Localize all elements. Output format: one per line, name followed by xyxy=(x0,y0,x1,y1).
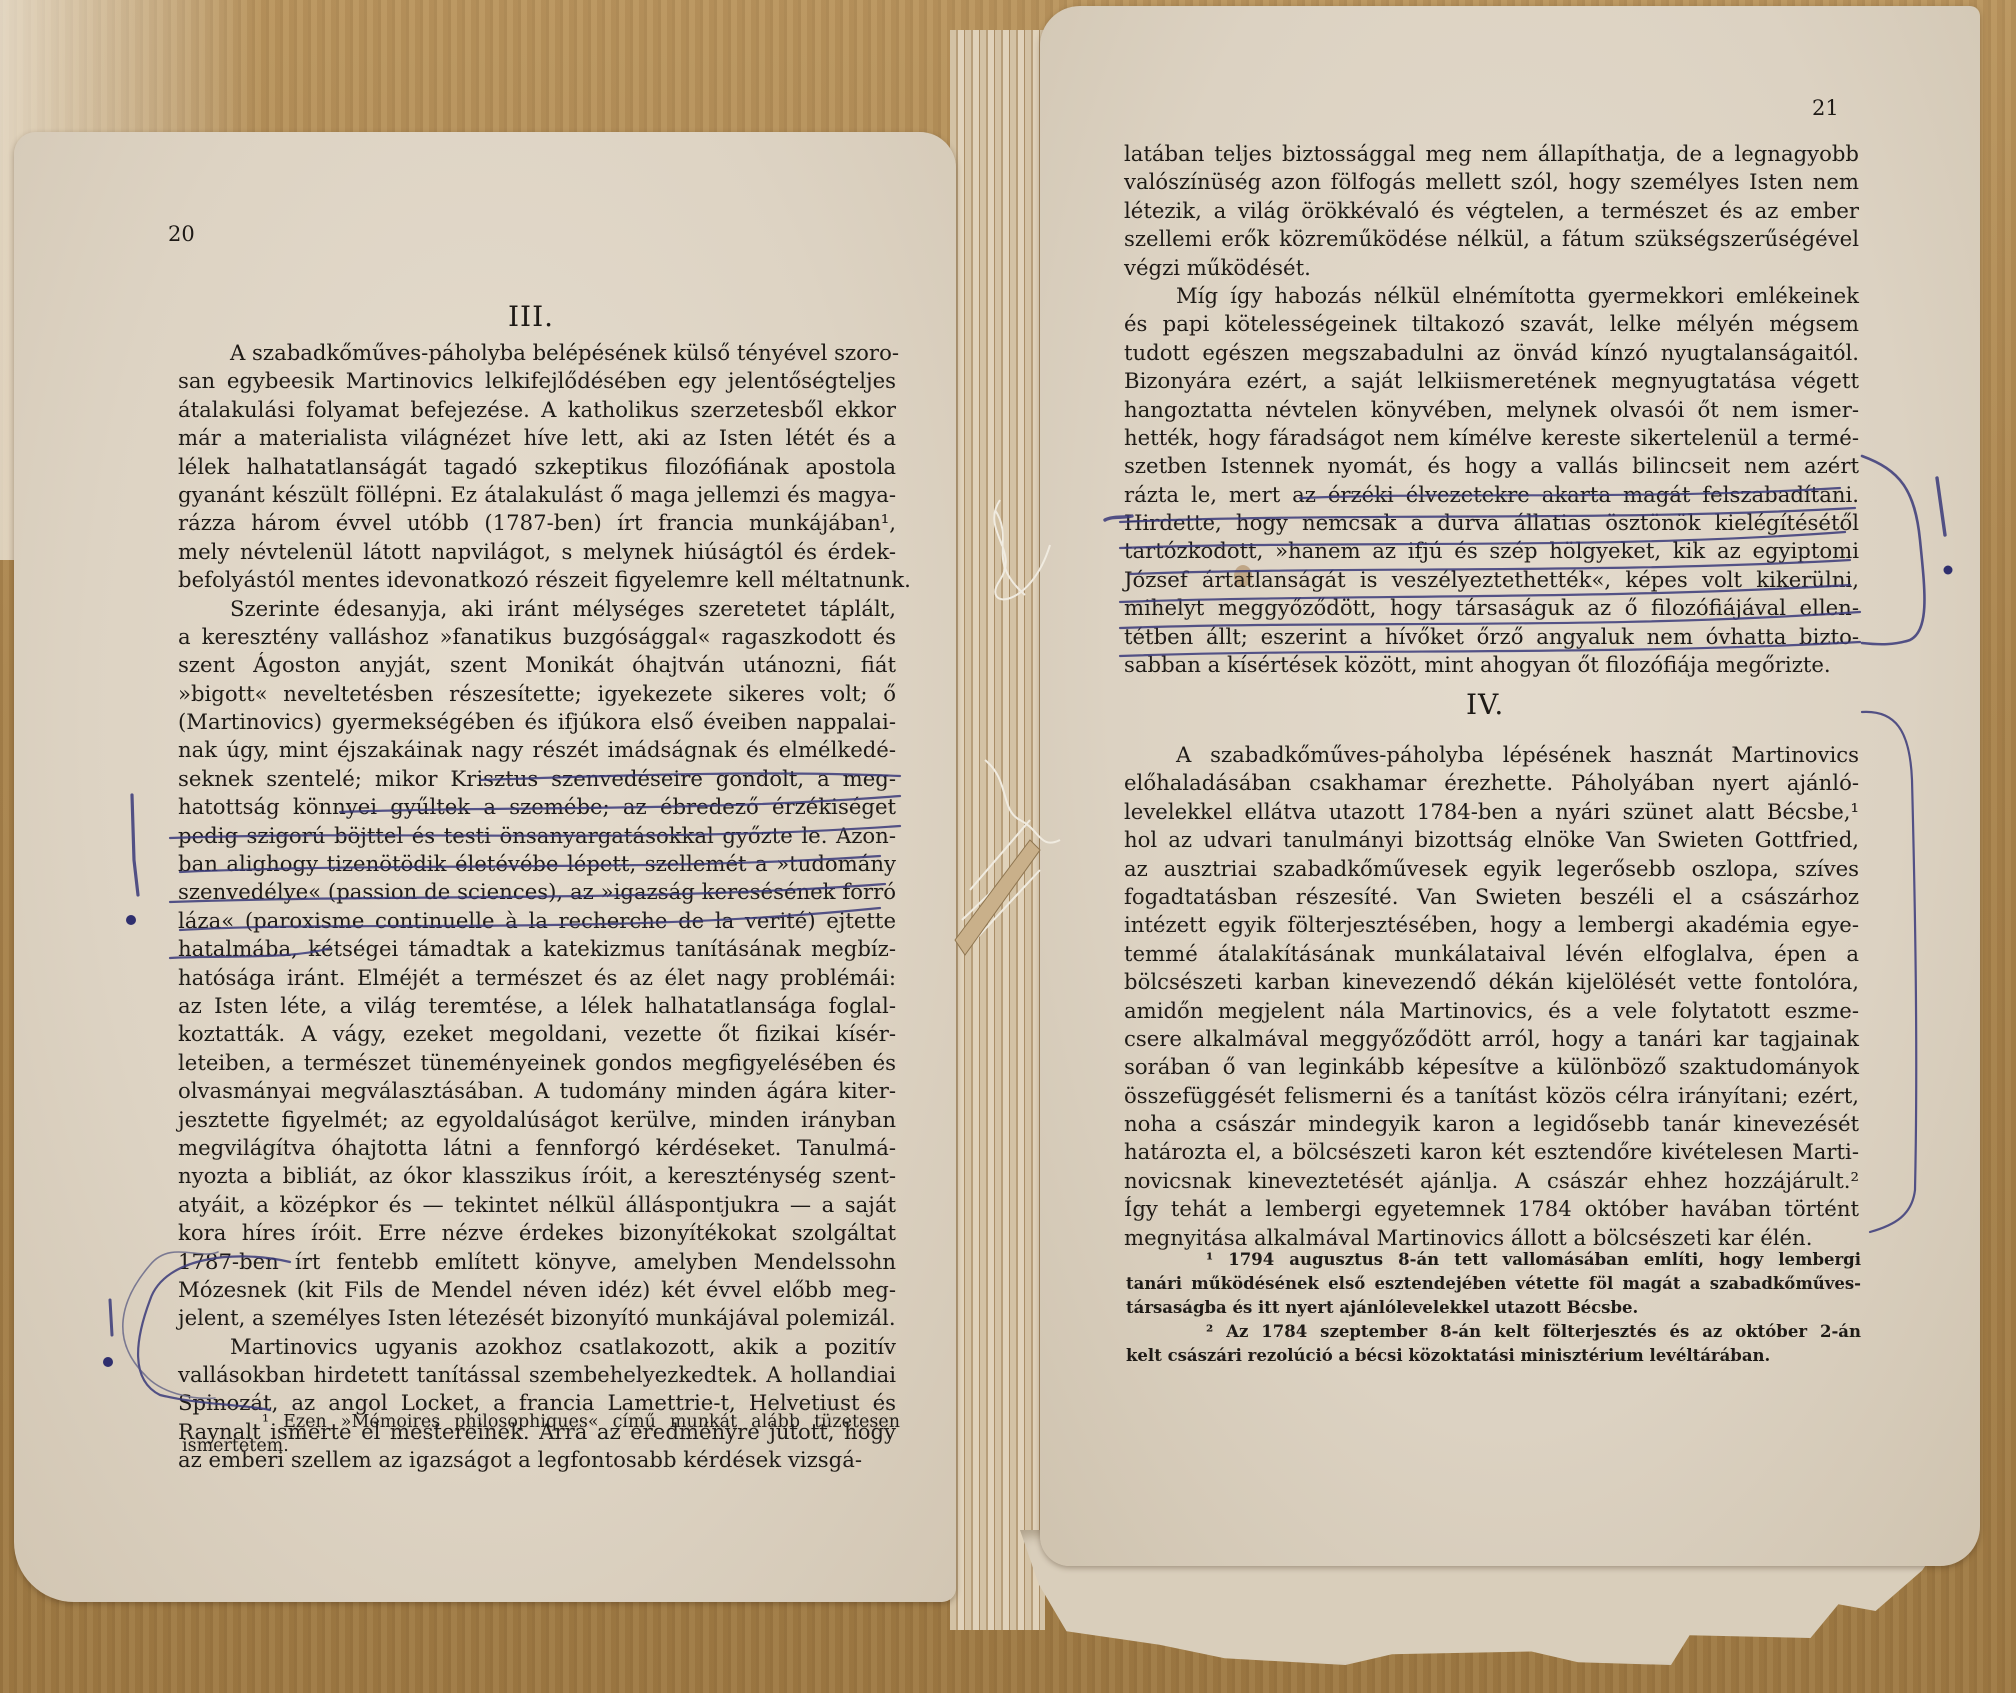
text-line: A szabadkőműves-páholyba belépésének kül… xyxy=(178,339,896,367)
text-line: hol az udvari tanulmányi bizottság elnök… xyxy=(1124,826,1859,854)
text-line: végzi működését. xyxy=(1124,254,1859,282)
text-line: Hirdette, hogy nemcsak a durva állatias … xyxy=(1124,509,1859,537)
text-line: láza« (paroxisme continuelle à la recher… xyxy=(178,907,896,935)
text-line: hangoztatta névtelen könyvében, melynek … xyxy=(1124,396,1859,424)
text-line: Míg így habozás nélkül elnémította gyerm… xyxy=(1124,282,1859,310)
text-line: József ártatlanságát is veszélyeztethett… xyxy=(1124,566,1859,594)
footnote-line: tanári működésének első esztendejében vé… xyxy=(1126,1272,1861,1296)
text-line: Mózesnek (kit Fils de Mendel néven idéz)… xyxy=(178,1276,896,1304)
text-line: Így tehát a lembergi egyetemnek 1784 okt… xyxy=(1124,1195,1859,1223)
text-line: az ausztriai szabadkőművesek egyik leger… xyxy=(1124,855,1859,883)
text-line: novicsnak kineveztetését ajánlja. A csás… xyxy=(1124,1167,1859,1195)
text-line: pedig szigorú böjttel és testi önsanyarg… xyxy=(178,822,896,850)
text-line: fogadtatásban részesíté. Van Swieten bes… xyxy=(1124,883,1859,911)
text-line: szetben Istennek nyomát, és hogy a vallá… xyxy=(1124,452,1859,480)
text-line: szenvedélye« (passion de sciences), az »… xyxy=(178,878,896,906)
text-line: amidőn megjelent nála Martinovics, és a … xyxy=(1124,997,1859,1025)
text-line: nyozta a bibliát, az ókor klasszikus író… xyxy=(178,1162,896,1190)
text-line: Martinovics ugyanis azokhoz csatlakozott… xyxy=(178,1333,896,1361)
text-line: sabban a kísértések között, mint ahogyan… xyxy=(1124,651,1859,679)
chapter-heading-iii: III. xyxy=(508,300,554,333)
text-line: noha a császár mindegyik karon a legidős… xyxy=(1124,1110,1859,1138)
text-line: összefüggését felismerni és a tanítást k… xyxy=(1124,1082,1859,1110)
binding-threads xyxy=(940,380,1070,1080)
text-line: tartózkodott, »hanem az ifjú és szép höl… xyxy=(1124,537,1859,565)
text-line: hatottság könnyei gyűltek a szemébe; az … xyxy=(178,793,896,821)
text-line: gyanánt készült föllépni. Ez átalakulást… xyxy=(178,481,896,509)
right-page-number: 21 xyxy=(1812,96,1839,120)
text-line: mely névtelenül látott napvilágot, s mel… xyxy=(178,538,896,566)
text-line: sorában ő van leginkább képesítve a külö… xyxy=(1124,1053,1859,1081)
footnote-line: ¹ Ezen »Mémoires philosophiques« című mu… xyxy=(182,1410,900,1434)
text-line: mihelyt meggyőződött, hogy társaságuk az… xyxy=(1124,594,1859,622)
text-line: vallásokban hirdetett tanítással szembeh… xyxy=(178,1361,896,1389)
text-line: átalakulási folyamat befejezése. A katho… xyxy=(178,396,896,424)
text-line: határozta el, a bölcsészeti karon két es… xyxy=(1124,1138,1859,1166)
text-line: hatalmába, kétségei támadtak a katekizmu… xyxy=(178,935,896,963)
footnote-line: ismertetem. xyxy=(182,1434,900,1458)
right-page-footnotes: ¹ 1794 augusztus 8-án tett vallomásában … xyxy=(1126,1248,1861,1368)
text-line: szent Ágoston anyját, szent Monikát óhaj… xyxy=(178,651,896,679)
text-line: 1787-ben írt fentebb említett könyve, am… xyxy=(178,1248,896,1276)
text-line: olvasmányai megválasztásában. A tudomány… xyxy=(178,1077,896,1105)
text-line: seknek szentelé; mikor Krisztus szenvedé… xyxy=(178,765,896,793)
text-line: előhaladásában csakhamar érezhette. Páho… xyxy=(1124,769,1859,797)
left-page-footnotes: ¹ Ezen »Mémoires philosophiques« című mu… xyxy=(182,1410,900,1458)
text-line: jelent, a személyes Isten létezését bizo… xyxy=(178,1304,896,1332)
left-page-body: A szabadkőműves-páholyba belépésének kül… xyxy=(178,339,896,1475)
text-line: már a materialista világnézet híve lett,… xyxy=(178,424,896,452)
footnote-line: társaságba és itt nyert ajánlólevelekkel… xyxy=(1126,1296,1861,1320)
text-line: san egybeesik Martinovics lelkifejlődésé… xyxy=(178,367,896,395)
text-line: szellemi erők közreműködése nélkül, a fá… xyxy=(1124,225,1859,253)
right-page-body-bottom: A szabadkőműves-páholyba lépésének haszn… xyxy=(1124,741,1859,1252)
footnote-line: ² Az 1784 szeptember 8-án kelt fölterjes… xyxy=(1126,1320,1861,1344)
text-line: csere alkalmával meggyőződött arról, hog… xyxy=(1124,1025,1859,1053)
right-page-body-top: latában teljes biztossággal meg nem álla… xyxy=(1124,140,1859,679)
text-line: kora híres íróit. Erre nézve érdekes biz… xyxy=(178,1219,896,1247)
text-line: tudott egészen megszabadulni az önvád kí… xyxy=(1124,339,1859,367)
chapter-heading-iv: IV. xyxy=(1466,688,1504,721)
text-line: az Isten léte, a világ teremtése, a léle… xyxy=(178,992,896,1020)
text-line: atyáit, a középkor és — tekintet nélkül … xyxy=(178,1191,896,1219)
text-line: leteiben, a természet tüneményeinek gond… xyxy=(178,1049,896,1077)
footnote-line: ¹ 1794 augusztus 8-án tett vallomásában … xyxy=(1126,1248,1861,1272)
text-line: »bigott« neveltetésben részesítette; igy… xyxy=(178,680,896,708)
text-line: ban alighogy tizenötödik életévébe lépet… xyxy=(178,850,896,878)
text-line: a keresztény valláshoz »fanatikus buzgós… xyxy=(178,623,896,651)
text-line: tétben állt; eszerint a hívőket őrző ang… xyxy=(1124,623,1859,651)
text-line: bölcsészeti karban kinevezendő dékán kij… xyxy=(1124,968,1859,996)
text-line: megvilágítva óhajtotta látni a fennforgó… xyxy=(178,1134,896,1162)
text-line: Bizonyára ezért, a saját lelkiismereténe… xyxy=(1124,367,1859,395)
text-line: latában teljes biztossággal meg nem álla… xyxy=(1124,140,1859,168)
text-line: hették, hogy fáradságot nem kímélve kere… xyxy=(1124,424,1859,452)
footnote-line: kelt császári rezolúció a bécsi közoktat… xyxy=(1126,1344,1861,1368)
text-line: (Martinovics) gyermekségében és ifjúkora… xyxy=(178,708,896,736)
left-page-number: 20 xyxy=(168,222,195,246)
text-line: és papi kötelességeinek tiltakozó szavát… xyxy=(1124,310,1859,338)
text-line: intézett egyik fölterjesztésében, hogy a… xyxy=(1124,911,1859,939)
text-line: A szabadkőműves-páholyba lépésének haszn… xyxy=(1124,741,1859,769)
text-line: jesztette figyelmét; az egyoldalúságot k… xyxy=(178,1106,896,1134)
text-line: koztatták. A vágy, ezeket megoldani, vez… xyxy=(178,1020,896,1048)
text-line: temmé átalakításának munkálataival lévén… xyxy=(1124,940,1859,968)
text-line: nak úgy, mint éjszakáinak nagy részét im… xyxy=(178,736,896,764)
text-line: hatósága iránt. Elméjét a természet és a… xyxy=(178,964,896,992)
text-line: Szerinte édesanyja, aki iránt mélységes … xyxy=(178,595,896,623)
text-line: létezik, a világ örökkévaló és végtelen,… xyxy=(1124,197,1859,225)
text-line: befolyástól mentes idevonatkozó részeit … xyxy=(178,566,896,594)
text-line: rázza három évvel utóbb (1787-ben) írt f… xyxy=(178,509,896,537)
text-line: rázta le, mert az érzéki élvezetekre aka… xyxy=(1124,481,1859,509)
text-line: lélek halhatatlanságát tagadó szkeptikus… xyxy=(178,453,896,481)
text-line: levelekkel ellátva utazott 1784-ben a ny… xyxy=(1124,798,1859,826)
text-line: valószínüség azon fölfogás mellett szól,… xyxy=(1124,168,1859,196)
